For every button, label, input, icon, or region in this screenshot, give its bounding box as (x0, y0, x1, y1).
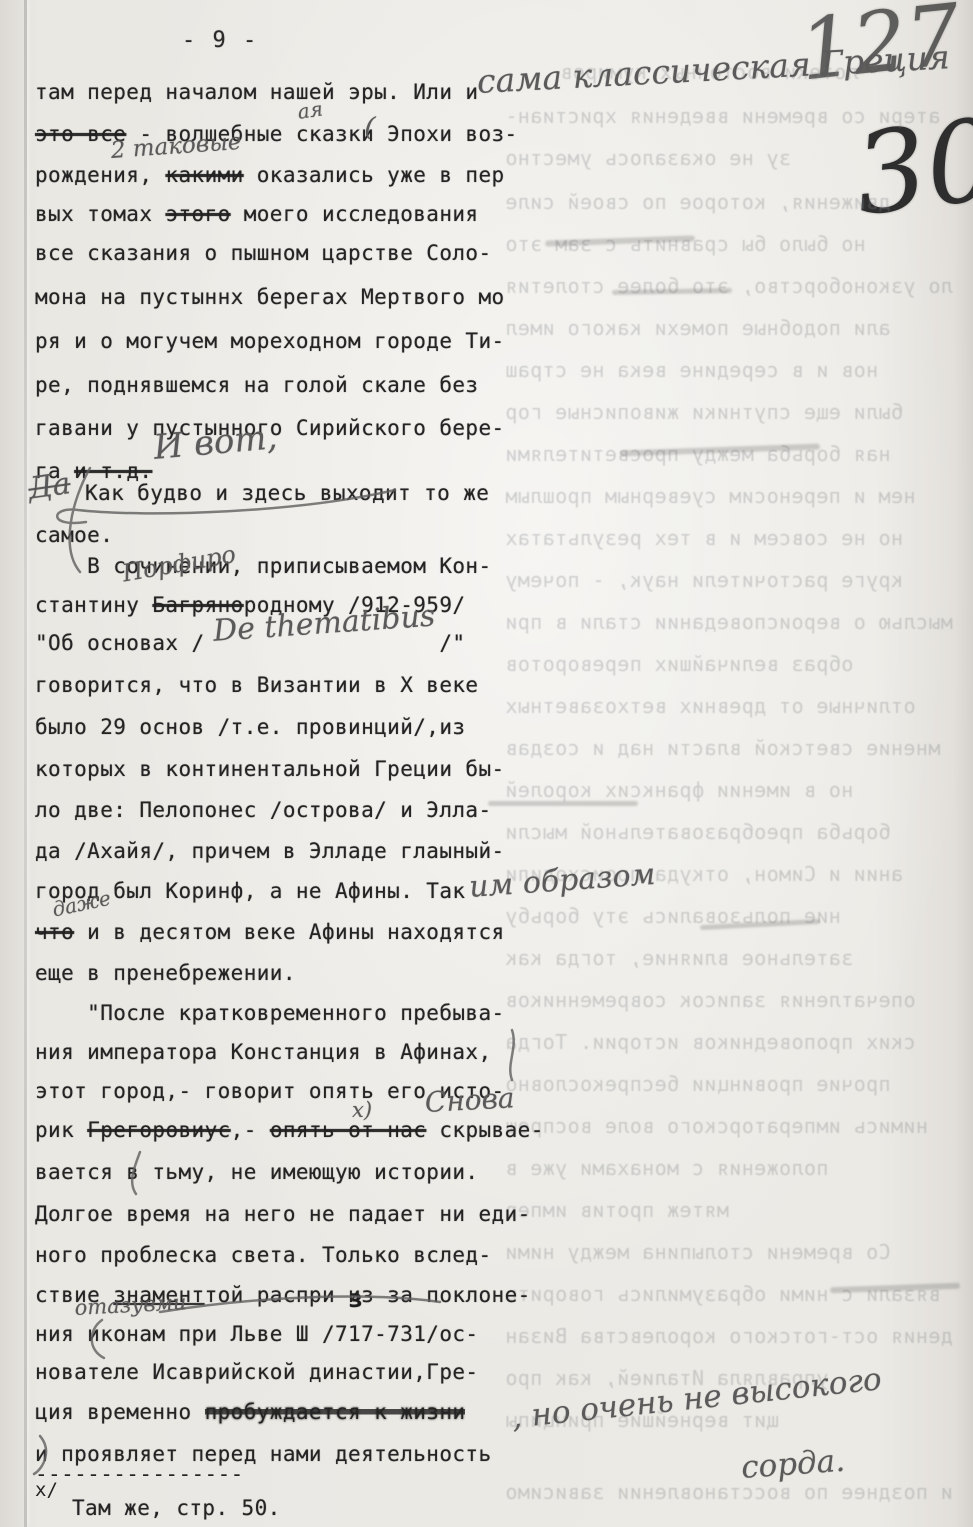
typed-segment: еще в пренебрежении. (35, 961, 296, 985)
typed-line: самое. (35, 522, 113, 548)
typed-line: ция временно пробуждается к жизни (35, 1399, 465, 1425)
bleedthrough-line: зу не оказалось уместно (505, 146, 791, 170)
typed-segment-struck-heavy: пробуждается к жизни (205, 1400, 466, 1424)
bleedthrough-line: ло узконоборство, это более столетия (505, 274, 953, 298)
bleedthrough-line: али подобные помехи какого имел (505, 316, 891, 340)
typed-segment: скрывае- (426, 1118, 543, 1142)
typed-segment-struck: Грегоровиус (87, 1118, 230, 1142)
typed-line: было 29 основ /т.е. провинций/,из (35, 714, 465, 740)
handwritten-annotation: отазувми (74, 1290, 187, 1320)
paper-crease (24, 0, 27, 1527)
typed-line: там перед началом нашей эры. Или и (35, 79, 478, 105)
typed-segment: рик (35, 1118, 87, 1142)
typed-line: что и в десятом веке Афины находятся (35, 919, 505, 945)
typed-segment: стантину (35, 593, 152, 617)
bleedthrough-line: зательное влияние, тогда как (505, 946, 853, 970)
typed-segment: Долгое время на него не падает ни еди- (35, 1202, 531, 1226)
typed-line: нователе Исаврийской династии,Гре- (35, 1359, 478, 1385)
handwritten-annotation: ая (296, 96, 324, 123)
bleedthrough-line: но не совсем и в тех результатах (505, 526, 903, 550)
typed-line: ря и о могучем мореходном городе Ти- (35, 328, 505, 354)
bleedthrough-line: дения ост-готского королевства Визан (505, 1324, 953, 1348)
ink-smudge (488, 801, 638, 806)
typed-segment: которых в континентальной Греции бы- (35, 757, 505, 781)
typed-segment: было 29 основ /т.е. провинций/,из (35, 715, 465, 739)
bleedthrough-line: отличные от древних ветхозаветных (505, 694, 916, 718)
typed-line: Как будво и здесь выходит то же (85, 480, 489, 506)
handwritten-annotation: им образом (468, 857, 656, 905)
bleedthrough-line: и позднее по восстановлении зависимо (505, 1480, 953, 1504)
bleedthrough-line: образ величайших переворотов (505, 652, 853, 676)
bleedthrough-line: ная борьба между просветителями (505, 442, 891, 466)
typed-segment: ния императора Констанция в Афинах, (35, 1040, 492, 1064)
typed-line: ния императора Констанция в Афинах, (35, 1039, 492, 1065)
typed-segment: ря и о могучем мореходном городе Ти- (35, 329, 505, 353)
typed-line: это все - волшебные сказки Эпохи воз- (35, 121, 518, 147)
typed-line: "После кратковременного пребыва- (35, 1000, 505, 1026)
typed-line: ло две: Пелопонес /острова/ и Элла- (35, 797, 492, 823)
typed-segment-struck: опять от нас (270, 1118, 427, 1142)
footnote-text: Там же, стр. 50. (72, 1496, 281, 1520)
handwritten-annotation: сорда. (740, 1443, 846, 1486)
typed-line: Долгое время на него не падает ни еди- (35, 1201, 531, 1227)
typed-segment: нователе Исаврийской династии,Гре- (35, 1360, 478, 1384)
typed-segment: вается в тьму, не имеющую истории. (35, 1160, 478, 1184)
typed-line: которых в континентальной Греции бы- (35, 756, 505, 782)
typed-segment: той распри из за поклоне- (205, 1283, 531, 1307)
footnote-mark: x/ (35, 1479, 58, 1501)
bleedthrough-line: борьба преобразовательной мысли (505, 820, 891, 844)
typed-line: да /Ахайя/, причем в Элладе глаыный- (35, 838, 505, 864)
typed-segment: моего исследования (231, 202, 479, 226)
bleedthrough-line: мятеж против импер (505, 1198, 729, 1222)
typed-segment: "После кратковременного пребыва- (35, 1001, 505, 1025)
typed-segment: самое. (35, 523, 113, 547)
bleedthrough-line: опечатления записок современников (505, 988, 916, 1012)
typed-line: В сочинении, приписываемом Кон- (35, 553, 492, 579)
typed-segment: ного проблеска света. Только вслед- (35, 1243, 492, 1267)
typed-segment: Как будво и здесь выходит то же (85, 481, 489, 505)
typed-segment-struck: что (35, 920, 74, 944)
typed-line: рождения, какими оказались уже в пер (35, 162, 505, 188)
footnote-separator: ---------------- (35, 1462, 244, 1486)
typed-segment: ре, поднявшемся на голой скале без (35, 373, 478, 397)
bleedthrough-line: были еще спутники живописные гор (505, 400, 903, 424)
bleedthrough-line: положения с монахами уже в (505, 1156, 828, 1180)
typed-line: ного проблеска света. Только вслед- (35, 1242, 492, 1268)
typed-line: еще в пренебрежении. (35, 960, 296, 986)
handwritten-annotation: Порфиро (120, 540, 238, 588)
typed-segment: вых томах (35, 202, 165, 226)
typed-segment: ,- (231, 1118, 270, 1142)
handwritten-annotation: Да (26, 466, 73, 507)
typed-segment-struck: этого (165, 202, 230, 226)
scanned-typescript-page: - 9 - 127 30 лотеки восточных кумировате… (0, 0, 973, 1527)
bleedthrough-line: Со времени столыпина между ними (505, 1240, 891, 1264)
typed-line: рик Грегоровиус,- опять от нас скрывае- (35, 1117, 544, 1143)
typed-line: мона на пустыннх берегах Мертвого мо (35, 284, 505, 310)
typed-line: ре, поднявшемся на голой скале без (35, 372, 478, 398)
handwritten-annotation: x) (352, 1098, 372, 1122)
bleedthrough-line: мыслью о вероисповедании стали в при (505, 610, 953, 634)
typed-line: все сказания о пышном царстве Соло- (35, 240, 492, 266)
handwritten-annotation: Снова (424, 1081, 515, 1119)
typed-line: говорится, что в Византии в X веке (35, 672, 478, 698)
typed-line: вых томах этого моего исследования (35, 201, 478, 227)
page-number: - 9 - (182, 28, 258, 53)
bleedthrough-line: ских проповедников истории. Тогда (505, 1030, 916, 1054)
handwritten-annotation: з (348, 1284, 363, 1313)
typed-segment: говорится, что в Византии в X веке (35, 673, 478, 697)
bleedthrough-line: но в имении франксих королей (505, 778, 853, 802)
bleedthrough-line: круге расточители наук, - почему (505, 568, 903, 592)
typed-segment-struck: какими (165, 163, 243, 187)
bleedthrough-line: прочие провинции беспрекословно (505, 1072, 891, 1096)
bleedthrough-line: нов и в середине века не страш (505, 358, 878, 382)
bleedthrough-line: нимись императорского воле воспреш (505, 1114, 928, 1138)
typed-segment: ло две: Пелопонес /острова/ и Элла- (35, 798, 492, 822)
typed-segment: В сочинении, приписываемом Кон- (35, 554, 492, 578)
typed-segment: ция временно (35, 1400, 205, 1424)
typed-segment: ния иконам при Льве Ш /717-731/ос- (35, 1322, 478, 1346)
typed-segment: там перед началом нашей эры. Или и (35, 80, 478, 104)
bleedthrough-line: атери со времени введения христиан- (505, 104, 940, 128)
typed-segment: да /Ахайя/, причем в Элладе глаыный- (35, 839, 505, 863)
typed-segment: и в десятом веке Афины находятся (74, 920, 504, 944)
bleedthrough-line: нем и переносим суеверным прошлым (505, 484, 916, 508)
typed-segment: оказались уже в пер (244, 163, 505, 187)
typed-line: вается в тьму, не имеющую истории. (35, 1159, 478, 1185)
typed-segment: мона на пустыннх берегах Мертвого мо (35, 285, 505, 309)
bleedthrough-line: движения, которое по своей силе (505, 190, 891, 214)
typed-line: ния иконам при Льве Ш /717-731/ос- (35, 1321, 478, 1347)
typed-segment: рождения, (35, 163, 165, 187)
typed-segment: все сказания о пышном царстве Соло- (35, 241, 492, 265)
bleedthrough-line: мнение светской власти над и создав (505, 736, 940, 760)
